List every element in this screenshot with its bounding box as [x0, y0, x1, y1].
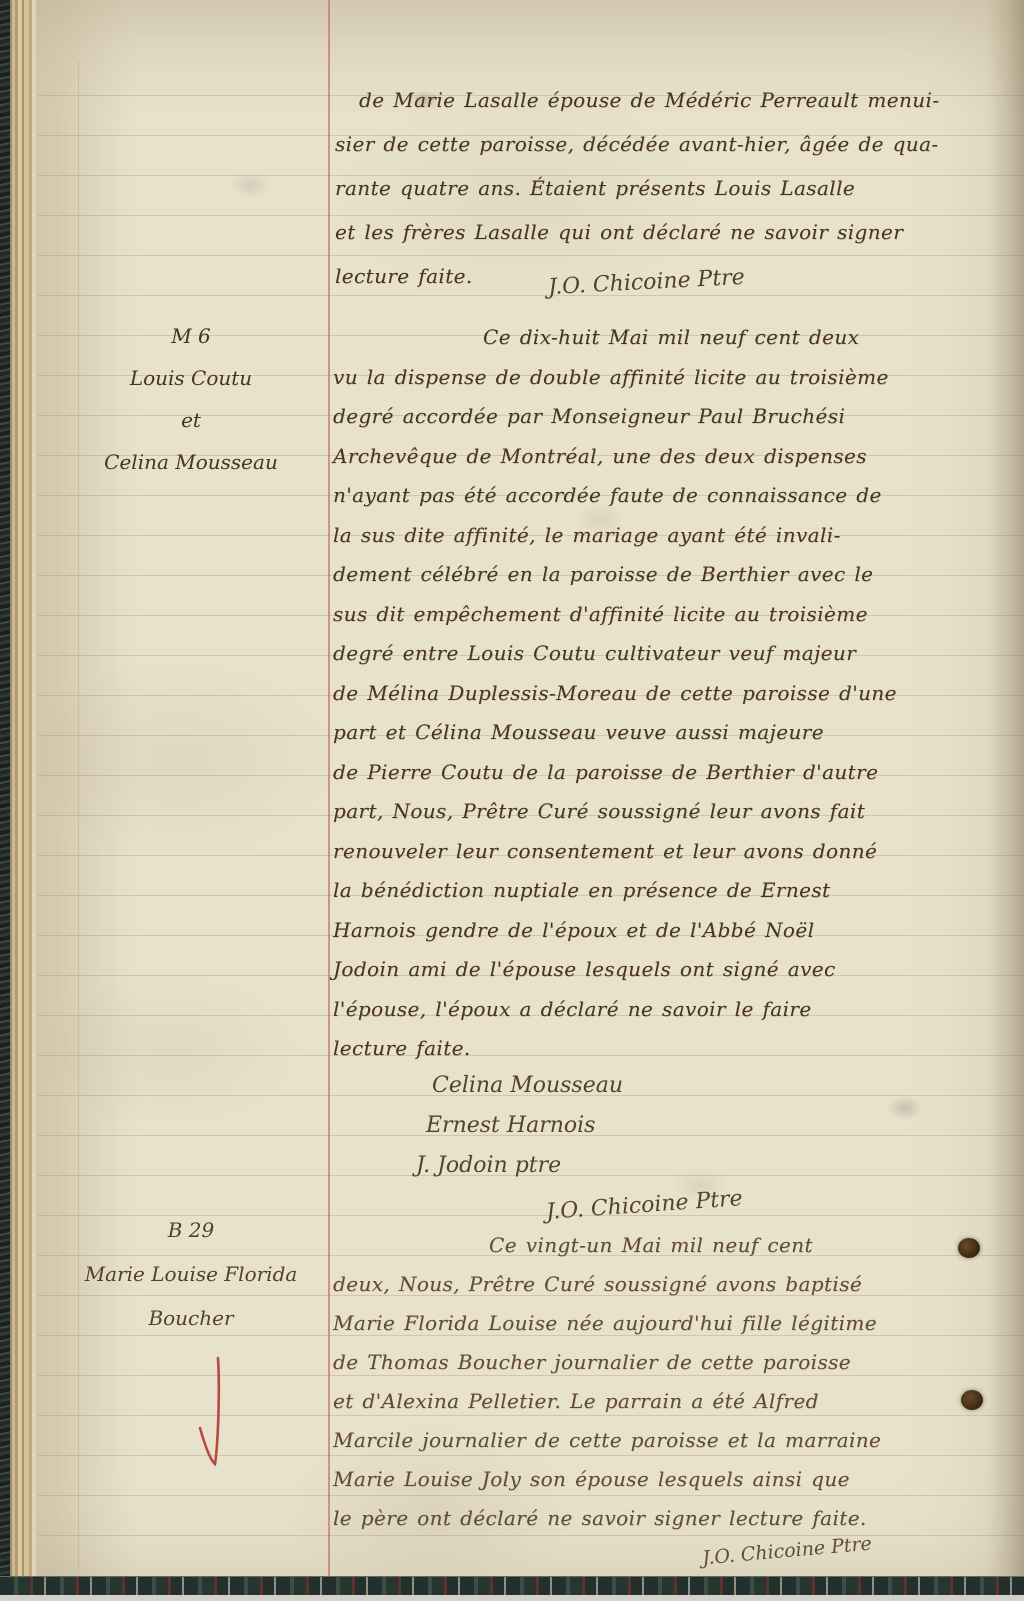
handwritten-line: degré accordée par Monseigneur Paul Bruc… — [333, 397, 1003, 437]
record-body: Ce vingt-un Mai mil neuf centdeux, Nous,… — [333, 1226, 1005, 1538]
margin-annotation: M 6Louis CoutuetCelina Mousseau — [55, 315, 327, 483]
handwritten-line: l'épouse, l'époux a déclaré ne savoir le… — [333, 990, 1003, 1030]
handwritten-line: sier de cette paroisse, décédée avant-hi… — [335, 122, 1003, 166]
handwritten-line: lecture faite. — [333, 1029, 1003, 1069]
signature-line: J.O. Chicoine Ptre — [545, 1179, 744, 1233]
handwritten-line: Marcile journalier de cette paroisse et … — [333, 1421, 1005, 1460]
scan-background-strip — [0, 1595, 1024, 1601]
handwritten-line: le père ont déclaré ne savoir signer lec… — [333, 1499, 1005, 1538]
handwritten-line: de Pierre Coutu de la paroisse de Berthi… — [333, 753, 1003, 793]
red-margin-rule — [328, 0, 330, 1576]
handwritten-line: Ce dix-huit Mai mil neuf cent deux — [333, 318, 1003, 358]
handwritten-line: rante quatre ans. Étaient présents Louis… — [335, 166, 1003, 210]
handwritten-line: de Marie Lasalle épouse de Médéric Perre… — [335, 78, 1003, 122]
red-checkmark — [182, 1352, 252, 1474]
margin-label-line: Marie Louise Florida — [55, 1252, 327, 1296]
handwritten-line: Marie Florida Louise née aujourd'hui fil… — [333, 1304, 1005, 1343]
handwritten-line: renouveler leur consentement et leur avo… — [333, 832, 1003, 872]
handwritten-line: la bénédiction nuptiale en présence de E… — [333, 871, 1003, 911]
handwritten-line: la sus dite affinité, le mariage ayant é… — [333, 516, 1003, 556]
margin-annotation: B 29Marie Louise FloridaBoucher — [55, 1208, 327, 1340]
book-binding-edge — [0, 0, 10, 1601]
page-crease-line — [78, 60, 79, 1570]
handwritten-line: n'ayant pas été accordée faute de connai… — [333, 476, 1003, 516]
page-right-curvature-shadow — [988, 0, 1024, 1601]
signature-line: Ernest Harnois — [426, 1106, 743, 1146]
worm-hole — [958, 1238, 980, 1258]
handwritten-line: part, Nous, Prêtre Curé soussigné leur a… — [333, 792, 1003, 832]
signature-line: Celina Mousseau — [432, 1066, 743, 1106]
handwritten-line: Archevêque de Montréal, une des deux dis… — [333, 437, 1003, 477]
signature-line: J. Jodoin ptre — [416, 1146, 743, 1186]
margin-label-line: Louis Coutu — [55, 357, 327, 399]
handwritten-line: dement célébré en la paroisse de Berthie… — [333, 555, 1003, 595]
record-body: de Marie Lasalle épouse de Médéric Perre… — [335, 78, 1003, 298]
handwritten-line: et les frères Lasalle qui ont déclaré ne… — [335, 210, 1003, 254]
handwritten-line: sus dit empêchement d'affinité licite au… — [333, 595, 1003, 635]
parish-register-scan: de Marie Lasalle épouse de Médéric Perre… — [0, 0, 1024, 1601]
handwritten-line: deux, Nous, Prêtre Curé soussigné avons … — [333, 1265, 1005, 1304]
handwritten-line: de Mélina Duplessis-Moreau de cette paro… — [333, 674, 1003, 714]
handwritten-line: degré entre Louis Coutu cultivateur veuf… — [333, 634, 1003, 674]
page-stack-edges — [10, 0, 36, 1601]
book-bottom-marbled-edge — [0, 1576, 1024, 1596]
margin-label-line: Celina Mousseau — [55, 441, 327, 483]
handwritten-line: part et Célina Mousseau veuve aussi maje… — [333, 713, 1003, 753]
handwritten-line: Marie Louise Joly son épouse lesquels ai… — [333, 1460, 1005, 1499]
margin-label-line: B 29 — [55, 1208, 327, 1252]
handwritten-line: et d'Alexina Pelletier. Le parrain a été… — [333, 1382, 1005, 1421]
worm-hole — [961, 1390, 983, 1410]
handwritten-line: vu la dispense de double affinité licite… — [333, 358, 1003, 398]
margin-label-line: Boucher — [55, 1296, 327, 1340]
margin-label-line: M 6 — [55, 315, 327, 357]
handwritten-line: Ce vingt-un Mai mil neuf cent — [333, 1226, 1005, 1265]
signatures-block: Celina MousseauErnest HarnoisJ. Jodoin p… — [420, 1066, 743, 1226]
handwritten-line: Harnois gendre de l'époux et de l'Abbé N… — [333, 911, 1003, 951]
handwritten-line: de Thomas Boucher journalier de cette pa… — [333, 1343, 1005, 1382]
handwritten-line: Jodoin ami de l'épouse lesquels ont sign… — [333, 950, 1003, 990]
record-body: Ce dix-huit Mai mil neuf cent deuxvu la … — [333, 318, 1003, 1069]
margin-label-line: et — [55, 399, 327, 441]
